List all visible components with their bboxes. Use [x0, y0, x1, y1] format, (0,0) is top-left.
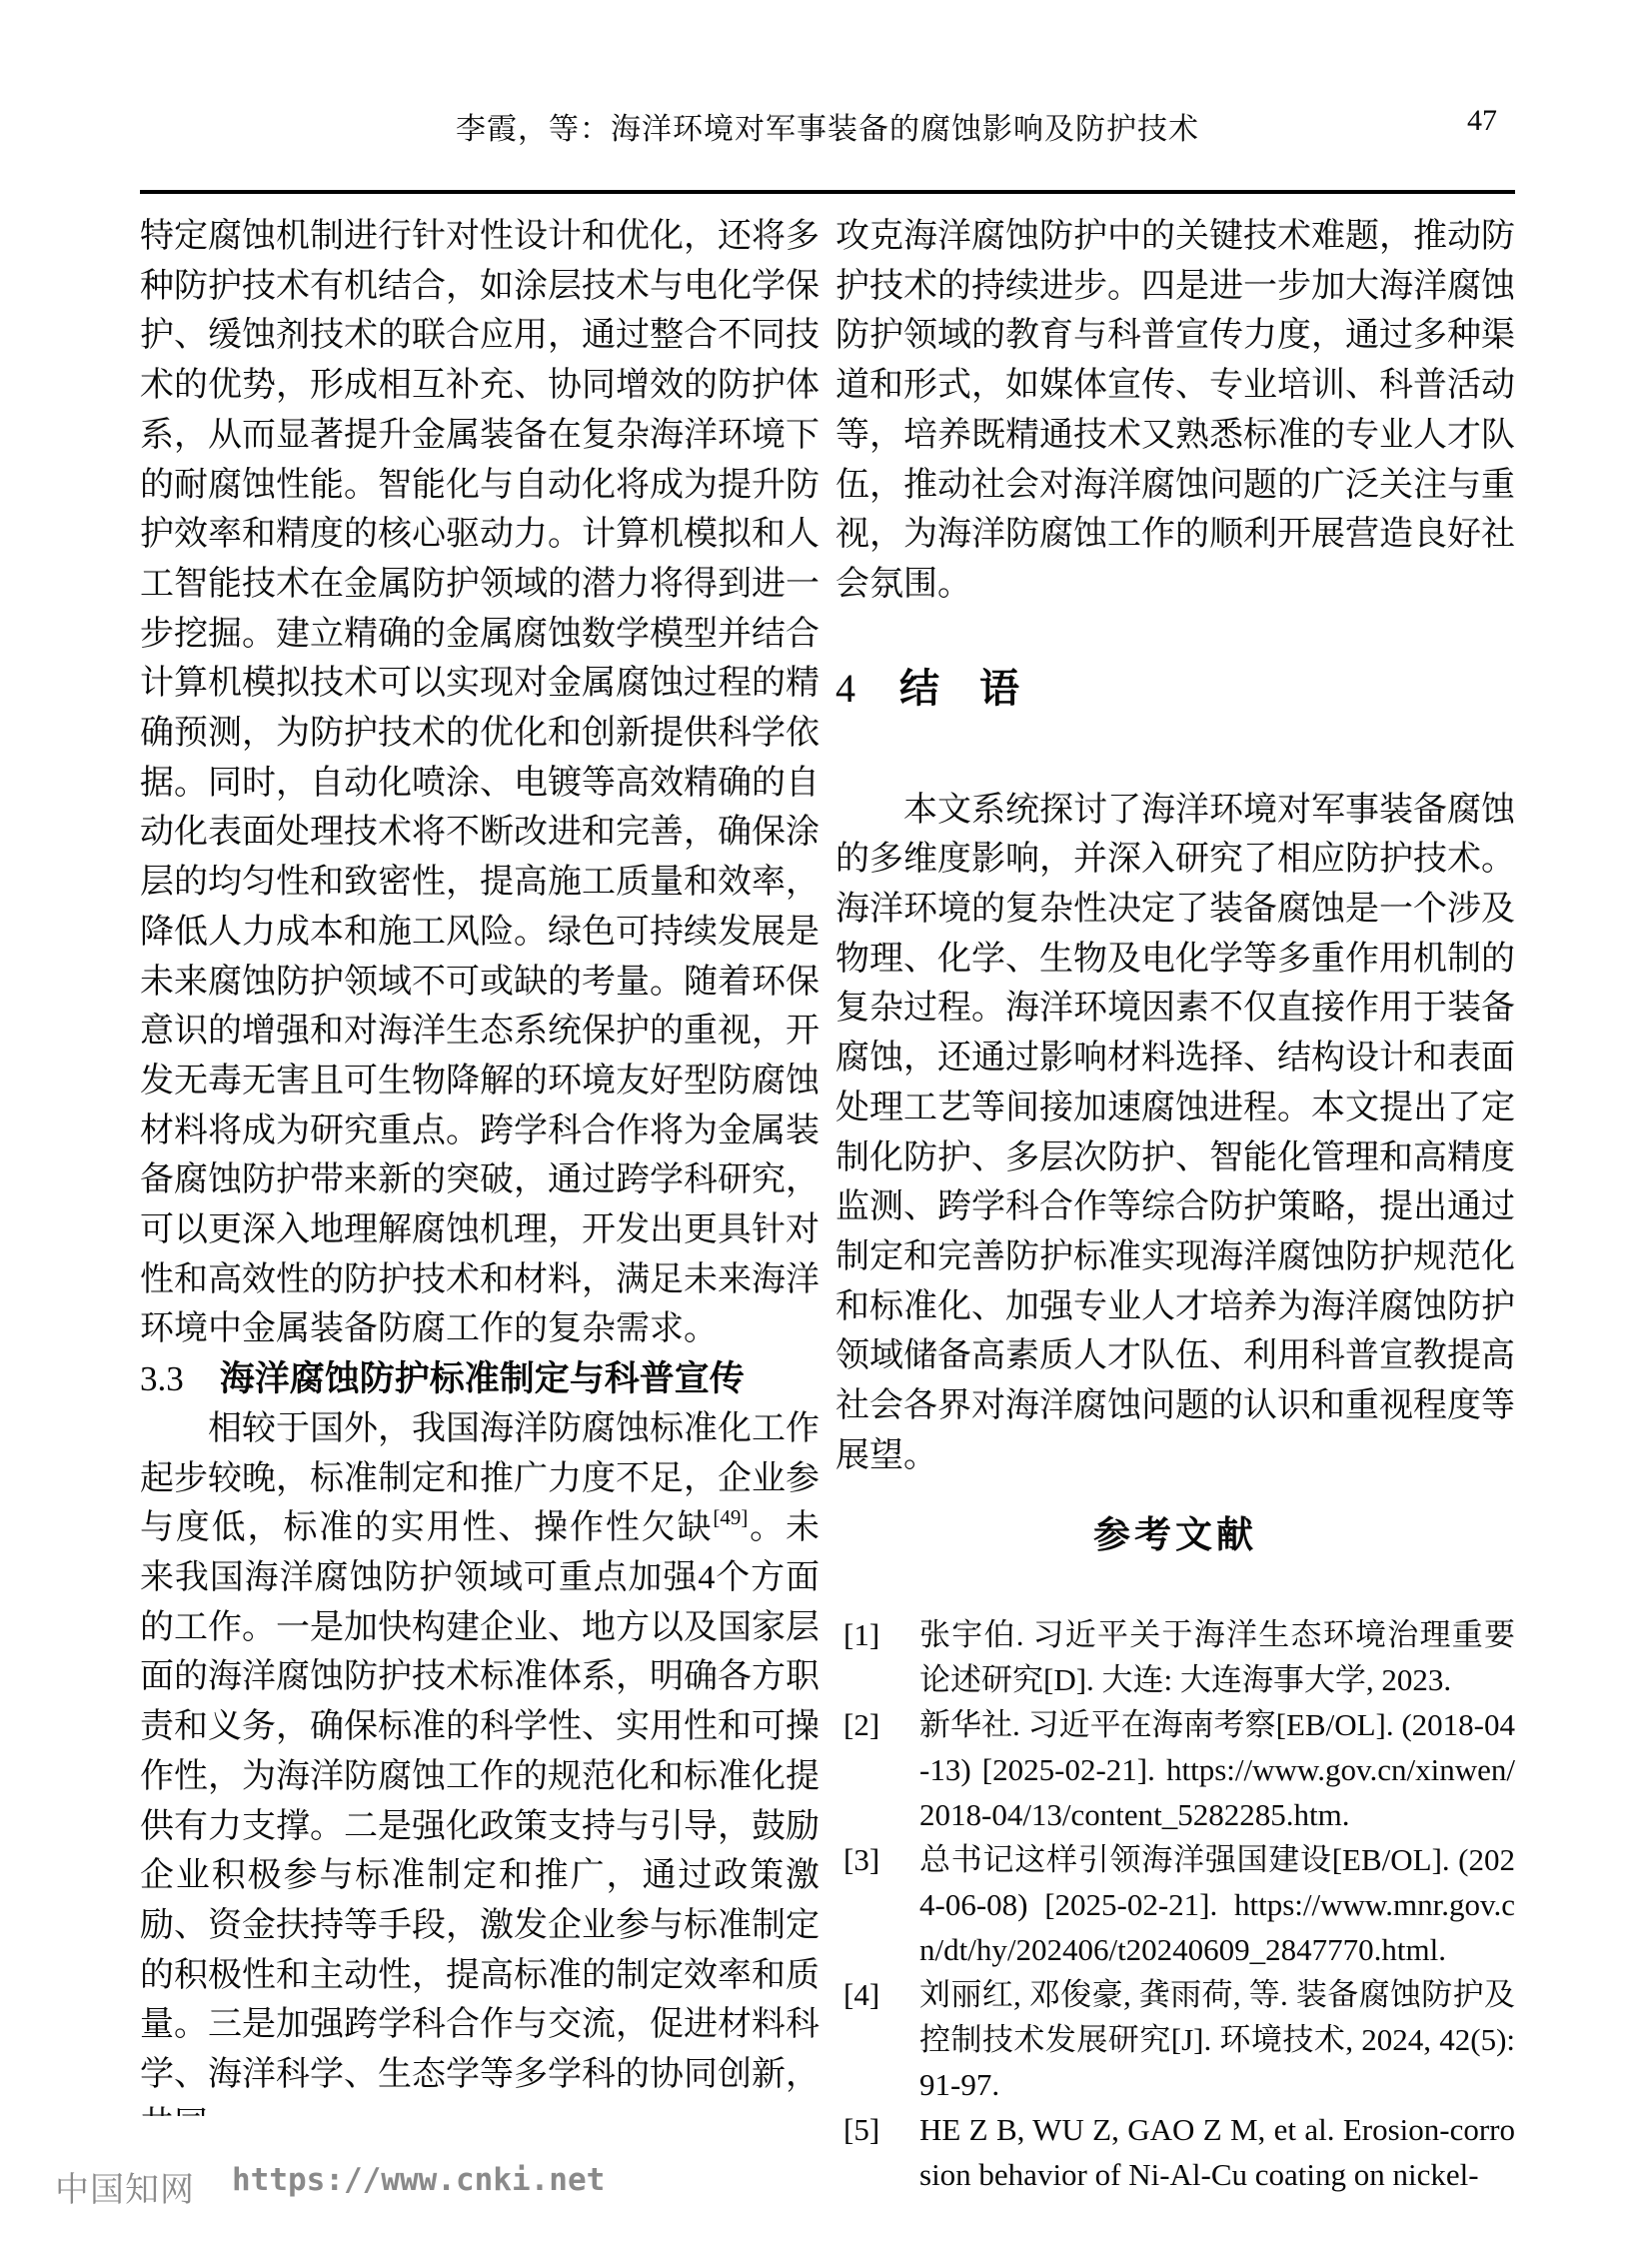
page-number: 47 [1467, 104, 1497, 138]
reference-number: [1] [843, 1612, 879, 1657]
left-column: 特定腐蚀机制进行针对性设计和优化，还将多种防护技术有机结合，如涂层技术与电化学保… [140, 212, 820, 2116]
reference-text: 刘丽红, 邓俊豪, 龚雨荷, 等. 装备腐蚀防护及控制技术发展研究[J]. 环境… [919, 1977, 1515, 2102]
running-header: 李霞，等：海洋环境对军事装备的腐蚀影响及防护技术 47 [140, 104, 1515, 150]
conclusion-paragraph: 本文系统探讨了海洋环境对军事装备腐蚀的多维度影响，并深入研究了相应防护技术。海洋… [835, 786, 1515, 1481]
subsection-title: 海洋腐蚀防护标准制定与科普宣传 [220, 1359, 745, 1398]
watermark-site-name: 中国知网 [55, 2162, 195, 2211]
reference-item: [4]刘丽红, 邓俊豪, 龚雨荷, 等. 装备腐蚀防护及控制技术发展研究[J].… [835, 1972, 1515, 2107]
reference-text: 张宇伯. 习近平关于海洋生态环境治理重要论述研究[D]. 大连: 大连海事大学,… [919, 1617, 1515, 1697]
reference-text: 新华社. 习近平在海南考察[EB/OL]. (2018-04-13) [2025… [919, 1707, 1515, 1832]
watermark-url: https://www.cnki.net [232, 2162, 605, 2198]
references-heading: 参考文献 [835, 1510, 1515, 1560]
header-rule [140, 190, 1515, 194]
reference-item: [3]总书记这样引领海洋强国建设[EB/OL]. (2024-06-08) [2… [835, 1837, 1515, 1972]
section-number: 4 [835, 666, 855, 711]
reference-number: [3] [843, 1837, 879, 1882]
cnki-watermark: 中国知网 https://www.cnki.net [0, 2154, 700, 2224]
reference-number: [4] [843, 1972, 879, 2017]
reference-item: [2]新华社. 习近平在海南考察[EB/OL]. (2018-04-13) [2… [835, 1702, 1515, 1837]
body-paragraph-continued: 攻克海洋腐蚀防护中的关键技术难题，推动防护技术的持续进步。四是进一步加大海洋腐蚀… [835, 212, 1515, 610]
paper-page: 李霞，等：海洋环境对军事装备的腐蚀影响及防护技术 47 特定腐蚀机制进行针对性设… [0, 0, 1652, 2244]
body-paragraph-continued: 特定腐蚀机制进行针对性设计和优化，还将多种防护技术有机结合，如涂层技术与电化学保… [140, 212, 820, 1354]
subsection-heading-3-3: 3.3海洋腐蚀防护标准制定与科普宣传 [140, 1354, 820, 1404]
citation-superscript: [49] [713, 1505, 748, 1529]
running-title: 李霞，等：海洋环境对军事装备的腐蚀影响及防护技术 [140, 104, 1515, 148]
body-paragraph: 相较于国外，我国海洋防腐蚀标准化工作起步较晚，标准制定和推广力度不足，企业参与度… [140, 1404, 820, 2116]
reference-number: [2] [843, 1702, 879, 1747]
right-column: 攻克海洋腐蚀防护中的关键技术难题，推动防护技术的持续进步。四是进一步加大海洋腐蚀… [835, 212, 1515, 2221]
subsection-number: 3.3 [140, 1359, 184, 1398]
section-heading-4: 4结 语 [835, 666, 1515, 712]
reference-text: 总书记这样引领海洋强国建设[EB/OL]. (2024-06-08) [2025… [919, 1842, 1515, 1967]
reference-item: [1]张宇伯. 习近平关于海洋生态环境治理重要论述研究[D]. 大连: 大连海事… [835, 1612, 1515, 1702]
section-title: 结 语 [899, 667, 1019, 711]
reference-list: [1]张宇伯. 习近平关于海洋生态环境治理重要论述研究[D]. 大连: 大连海事… [835, 1612, 1515, 2197]
reference-number: [5] [843, 2107, 879, 2152]
reference-text: HE Z B, WU Z, GAO Z M, et al. Erosion-co… [919, 2112, 1515, 2192]
reference-item: [5]HE Z B, WU Z, GAO Z M, et al. Erosion… [835, 2107, 1515, 2197]
paragraph-text-rest: 。未来我国海洋腐蚀防护领域可重点加强4个方面的工作。一是加快构建企业、地方以及国… [140, 1509, 820, 2116]
